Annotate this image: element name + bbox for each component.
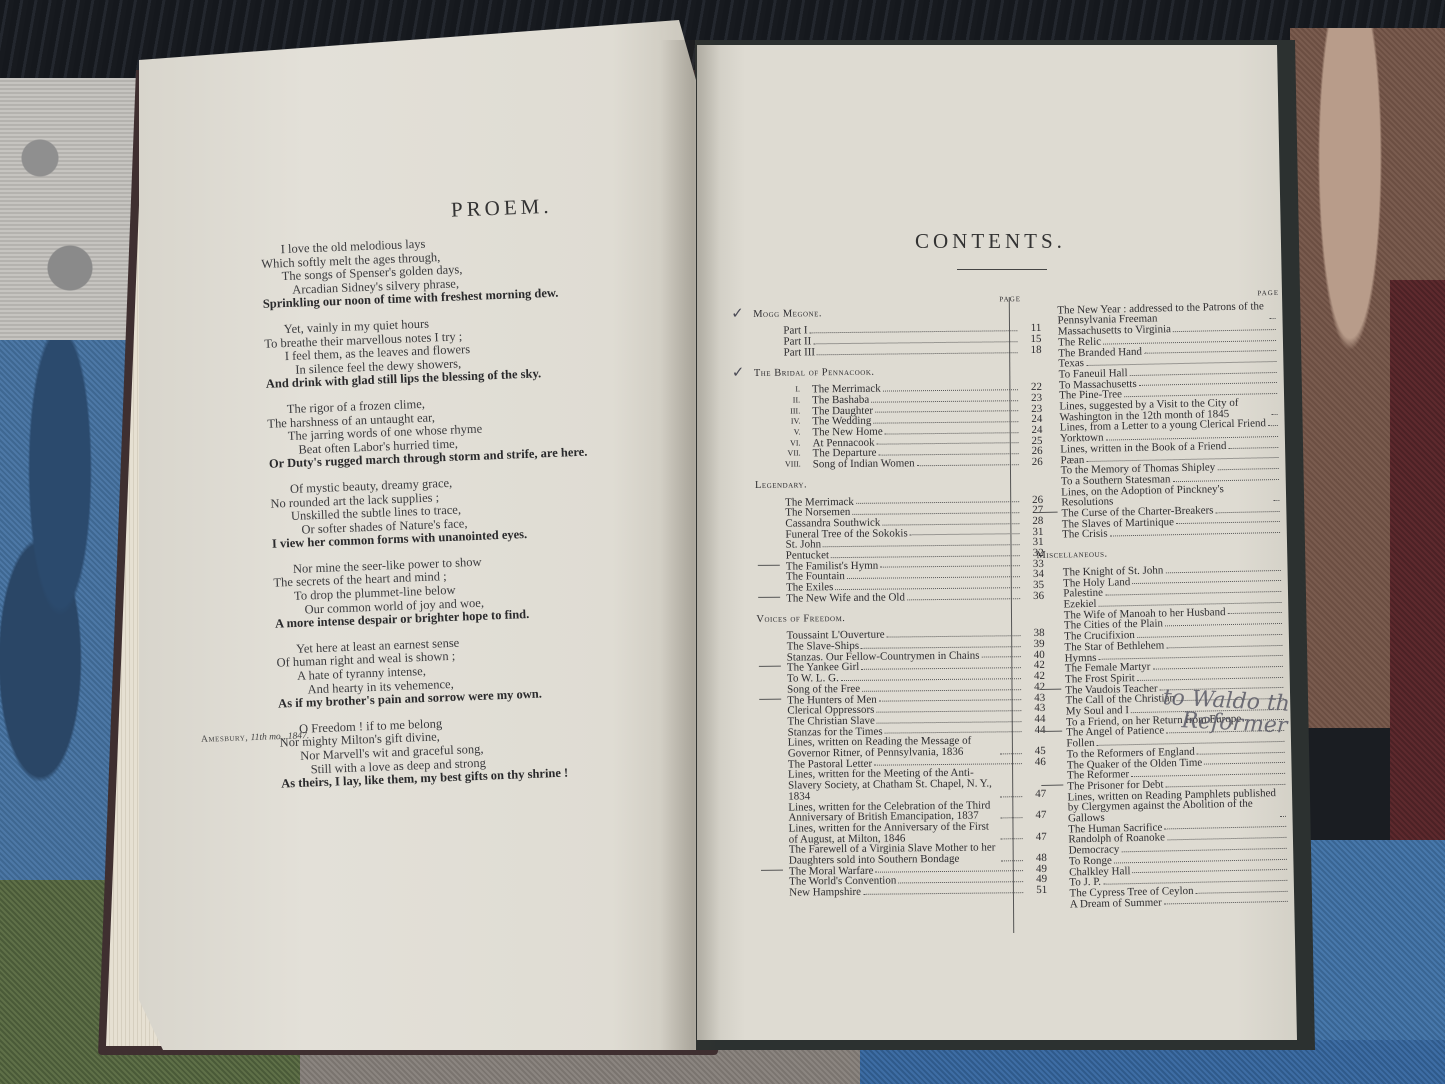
- dot-leader: [1273, 500, 1279, 501]
- section-heading: Miscellaneous.: [1036, 546, 1297, 562]
- right-page-contents: CONTENTS. PAGE Mogg Megone.✓Part I11Part…: [697, 45, 1297, 1040]
- dot-leader: [831, 555, 1020, 558]
- entry-page-number: 47: [1026, 810, 1046, 821]
- left-page-proem: PROEM. I love the old melodious laysWhic…: [139, 20, 696, 1050]
- stanza: Yet, vainly in my quiet hoursTo breathe …: [264, 307, 696, 392]
- dot-leader: [856, 501, 1019, 504]
- dot-leader: [907, 598, 1020, 600]
- dot-leader: [1110, 532, 1280, 537]
- dot-leader: [883, 389, 1018, 391]
- section-heading-text: Miscellaneous.: [1036, 549, 1107, 561]
- red-fabric: [1390, 280, 1445, 840]
- section-heading-text: Voices of Freedom.: [756, 613, 845, 625]
- dot-leader: [871, 400, 1018, 403]
- contents-entry[interactable]: VIII.Song of Indian Women26: [751, 457, 1043, 471]
- dot-leader: [847, 576, 1020, 579]
- contents-title: CONTENTS.: [915, 229, 1066, 254]
- signature-place: Amesbury,: [201, 733, 249, 745]
- entry-title: The Farewell of a Virginia Slave Mother …: [789, 843, 999, 867]
- roman-numeral: VIII.: [751, 460, 801, 471]
- entry-page-number: 47: [1027, 832, 1047, 843]
- contents-left-column: PAGE Mogg Megone.✓Part I11Part II15Part …: [749, 294, 1047, 899]
- section-heading-text: Mogg Megone.: [753, 308, 822, 320]
- dot-leader: [1001, 839, 1023, 840]
- dot-leader: [898, 881, 1023, 883]
- pencil-mark-icon: [758, 564, 780, 565]
- section-heading: The Bridal of Pennacook.✓: [754, 365, 1042, 379]
- entry-page-number: 47: [1026, 789, 1046, 800]
- dot-leader: [852, 512, 1019, 515]
- dot-leader: [875, 871, 1023, 874]
- dot-leader: [813, 341, 1017, 344]
- dot-leader: [874, 764, 1022, 767]
- dot-leader: [875, 411, 1018, 413]
- dot-leader: [1165, 623, 1282, 626]
- dot-leader: [1144, 350, 1276, 354]
- dot-leader: [1165, 570, 1280, 573]
- pencil-mark-icon: [759, 666, 781, 667]
- contents-entry[interactable]: New Hampshire51: [755, 885, 1047, 899]
- dot-leader: [1228, 612, 1282, 614]
- roman-numeral: VII.: [751, 449, 801, 460]
- entry-title: Lines, written for the Meeting of the An…: [788, 768, 998, 802]
- stanza: Yet here at least an earnest senseOf hum…: [276, 627, 696, 712]
- contents-entry[interactable]: Lines, written for the Anniversary of th…: [755, 821, 1047, 845]
- section-heading: Legendary.: [755, 478, 1043, 492]
- stanza: Of mystic beauty, dreamy grace,No rounde…: [270, 467, 696, 552]
- title-rule: [957, 269, 1047, 270]
- contents-right-column: PAGE The New Year : addressed to the Pat…: [1037, 288, 1297, 911]
- proem-title: PROEM.: [304, 188, 696, 228]
- checkmark-icon: ✓: [732, 367, 745, 378]
- stanza: The rigor of a frozen clime,The harshnes…: [267, 387, 696, 472]
- section-heading: Voices of Freedom.: [756, 612, 1044, 626]
- section-heading: Mogg Megone.✓: [753, 307, 1041, 321]
- dot-leader: [861, 667, 1021, 670]
- contents-entry[interactable]: Part III18: [750, 345, 1042, 359]
- contents-entry[interactable]: Lines, written on Reading the Message of…: [754, 735, 1046, 759]
- roman-numeral: V.: [750, 428, 800, 439]
- dot-leader: [1000, 753, 1022, 754]
- stanza: I love the old melodious laysWhich softl…: [260, 227, 696, 312]
- dot-leader: [873, 421, 1018, 424]
- dot-leader: [880, 566, 1020, 568]
- dot-leader: [1197, 751, 1285, 754]
- dot-leader: [882, 523, 1019, 525]
- dot-leader: [917, 464, 1019, 466]
- pencil-mark-icon: [1041, 784, 1063, 785]
- pencil-mark-icon: [758, 597, 780, 598]
- stanza: Nor mine the seer-like power to showThe …: [273, 547, 696, 632]
- roman-numeral: IV.: [750, 417, 800, 428]
- contents-entry[interactable]: The New Wife and the Old36: [752, 591, 1044, 605]
- dot-leader: [1196, 891, 1288, 894]
- dot-leader: [878, 453, 1018, 455]
- dot-leader: [877, 721, 1022, 724]
- stanza: O Freedom ! if to me belongNor mighty Mi…: [279, 707, 696, 792]
- dot-leader: [1164, 901, 1288, 905]
- entry-page-number: 36: [1024, 591, 1044, 602]
- roman-numeral: I.: [750, 385, 800, 396]
- dot-leader: [1270, 318, 1276, 319]
- proem-stanzas: I love the old melodious laysWhich softl…: [260, 227, 696, 791]
- dot-leader: [982, 657, 1021, 658]
- dot-leader: [1280, 816, 1286, 817]
- dot-leader: [910, 534, 1020, 536]
- section-heading-text: Legendary.: [755, 479, 807, 491]
- dot-leader: [861, 646, 1021, 649]
- dot-leader: [1172, 479, 1278, 482]
- entry-title: Part III: [784, 347, 816, 358]
- pencil-mark-icon: [1036, 512, 1058, 513]
- dot-leader: [885, 731, 1022, 733]
- dot-leader: [835, 587, 1020, 590]
- dot-leader: [1000, 817, 1022, 818]
- dot-leader: [1152, 666, 1282, 670]
- entry-title: The Crisis: [1062, 529, 1108, 541]
- entry-title: Song of Indian Women: [813, 458, 915, 470]
- dot-leader: [823, 544, 1020, 547]
- dot-leader: [1216, 511, 1280, 513]
- roman-numeral: II.: [750, 395, 800, 406]
- dot-leader: [863, 892, 1023, 895]
- dot-leader: [885, 432, 1019, 434]
- dot-leader: [879, 699, 1021, 701]
- dot-leader: [1173, 329, 1276, 332]
- entry-title: New Hampshire: [789, 887, 861, 898]
- roman-numeral: VI.: [750, 438, 800, 449]
- dot-leader: [1000, 796, 1022, 797]
- dot-leader: [841, 678, 1021, 681]
- pencil-mark-icon: [1040, 731, 1062, 732]
- dot-leader: [810, 330, 1018, 333]
- entry-page-number: 46: [1026, 757, 1046, 768]
- dot-leader: [1137, 634, 1282, 638]
- entry-page-number: 44: [1025, 725, 1045, 736]
- entry-page-number: 51: [1027, 885, 1047, 896]
- dot-leader: [1001, 860, 1023, 861]
- entry-title: Lines, written on Reading Pamphlets publ…: [1067, 788, 1278, 825]
- dot-leader: [1217, 468, 1278, 470]
- entry-title: Lines, written on Reading the Message of…: [788, 736, 998, 760]
- pencil-mark-icon: [1039, 688, 1061, 689]
- signature-date: 11th mo., 1847.: [250, 731, 309, 743]
- contents-entry[interactable]: Lines, written for the Meeting of the An…: [754, 767, 1046, 802]
- dot-leader: [877, 443, 1019, 445]
- dot-leader: [1164, 826, 1286, 830]
- dot-leader: [817, 352, 1018, 355]
- entry-title: The New Wife and the Old: [786, 592, 905, 604]
- dot-leader: [1268, 425, 1278, 426]
- roman-numeral: III.: [750, 406, 800, 417]
- checkmark-icon: ✓: [731, 308, 744, 319]
- pencil-mark-icon: [761, 869, 783, 870]
- dot-leader: [1204, 762, 1285, 765]
- dot-leader: [887, 635, 1021, 637]
- pencil-mark-icon: [759, 698, 781, 699]
- dot-leader: [1139, 382, 1277, 386]
- page-header-label: PAGE: [749, 294, 1041, 308]
- dot-leader: [876, 710, 1021, 713]
- section-heading-text: The Bridal of Pennacook.: [754, 366, 875, 378]
- proem-poem: PROEM. I love the old melodious laysWhic…: [259, 188, 696, 803]
- contents-entry[interactable]: The Farewell of a Virginia Slave Mother …: [755, 842, 1047, 866]
- contents-entry[interactable]: Lines, written on Reading Pamphlets publ…: [1047, 787, 1297, 825]
- dot-leader: [1228, 447, 1278, 449]
- entry-title: A Dream of Summer: [1070, 897, 1162, 910]
- contents-entry[interactable]: Lines, written for the Celebration of th…: [754, 799, 1046, 823]
- dot-leader: [1176, 521, 1280, 524]
- dot-leader: [1167, 837, 1286, 841]
- dot-leader: [1166, 644, 1282, 647]
- dot-leader: [862, 689, 1021, 692]
- dot-leader: [1272, 414, 1278, 415]
